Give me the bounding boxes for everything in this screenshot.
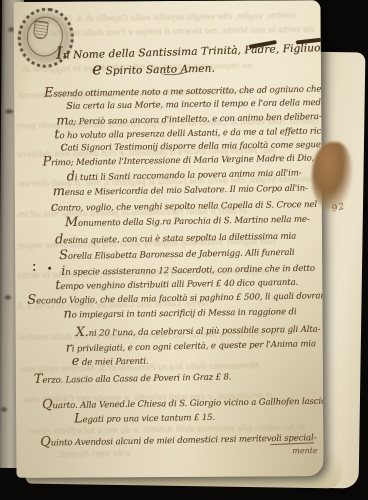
catchword: mente xyxy=(292,447,317,455)
manuscript-photo: 92 contro, voglio, che venghi sepolto ne… xyxy=(0,0,368,500)
manuscript-line: e de miei Parenti. xyxy=(72,355,149,369)
manuscript-line: no impiegarsi in tanti sacrificij di Mes… xyxy=(63,305,296,321)
ink-smudge xyxy=(0,406,8,413)
manuscript-page: contro, voglio, che venghi sepolto nella… xyxy=(14,0,324,478)
show-through-text: sia certa la sua Morte, ma incerto il te… xyxy=(48,25,315,38)
show-through-text: contro, voglio, che venghi sepolto nella… xyxy=(32,11,296,24)
manuscript-line: Legati pro una vice tantum £ 15. xyxy=(74,411,215,426)
manuscript-line: Terzo. Lascio alla Cassa de Poveri in Gr… xyxy=(34,370,232,387)
show-through-text: e de miei Parenti. xyxy=(56,449,130,459)
ink-dot xyxy=(48,267,51,270)
ink-dot xyxy=(33,264,35,266)
ink-smudge xyxy=(3,294,12,301)
ink-dot xyxy=(33,269,35,271)
invocation-heading-line2: e Spirito Santo Amen. xyxy=(92,58,215,78)
